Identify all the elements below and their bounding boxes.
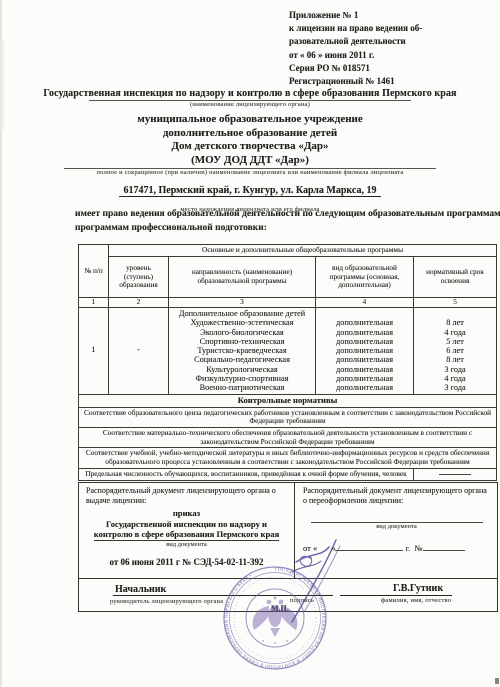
doc-kind-label: вид документа [303, 523, 490, 530]
column-number: 1 [79, 298, 109, 308]
license-appendix-document: Приложение № 1 к лицензии на право веден… [0, 0, 500, 687]
program-kind: дополнительная [319, 365, 410, 374]
normatives-title: Контрольные нормативы [79, 394, 497, 407]
licensing-authority-name: Государственная инспекция по надзору и к… [0, 88, 500, 99]
program-kind: дополнительная [319, 374, 410, 383]
signatory-post: Начальник [115, 584, 166, 595]
reissue-order-title: Распорядительный документ лицензирующего… [303, 486, 490, 506]
table-header-row: уровень (ступень) образования направленн… [79, 257, 497, 298]
document-header: Государственная инспекция по надзору и к… [0, 88, 500, 176]
org-name-label: полное и сокращенное (при наличии) наиме… [0, 169, 500, 176]
date-number-label: № [415, 543, 423, 553]
program-term: 4 года [417, 374, 493, 383]
rights-statement: имеет право ведения образовательной деят… [75, 208, 500, 235]
normatives-title-row: Контрольные нормативы [79, 394, 497, 407]
column-number: 2 [109, 298, 169, 308]
col-header-direction: направленность (наименование) образовате… [169, 257, 316, 298]
limit-value-cell [414, 468, 497, 480]
limit-blank-line [439, 474, 471, 475]
org-name-line: дополнительное образование детей [0, 127, 500, 141]
signatory-name: Г.В.Гутник [393, 583, 443, 594]
appendix-line: Регистрационный № 1461 [289, 75, 494, 88]
handwritten-signature-icon [240, 530, 370, 640]
program-direction: Социально-педагогическая [172, 355, 312, 364]
program-direction: Спортивно-техническая [172, 337, 312, 346]
normative-text: Соответствие образовательного ценза педа… [79, 407, 497, 427]
order-doc-org-line: Государственной инспекции по надзору и [86, 519, 287, 530]
kinds-cell: дополнительная дополнительная дополнител… [316, 308, 414, 395]
normative-text: Соответствие материально-технического об… [79, 428, 497, 448]
entry-level: - [109, 308, 169, 395]
program-term: 3 года [417, 383, 493, 392]
licensing-authority-label: (наименование лицензирующего органа) [0, 101, 500, 108]
terms-cell: 8 лет 4 года 5 лет 6 лет 8 лет 3 года 4 … [414, 308, 497, 395]
program-kind: дополнительная [319, 318, 410, 327]
program-term: 8 лет [417, 318, 493, 327]
programs-data-row: 1 - Дополнительное образование детей Худ… [79, 308, 497, 395]
program-group: Дополнительное образование детей [172, 309, 312, 318]
program-direction: Эколого-биологическая [172, 328, 312, 337]
table-span-row: № п/п Основные и дополнительные общеобра… [79, 245, 497, 257]
program-term: 5 лет [417, 337, 493, 346]
program-term: 6 лет [417, 346, 493, 355]
appendix-line: разовательной деятельности [289, 35, 494, 48]
date-year-label: г. [406, 543, 411, 553]
column-number: 4 [316, 298, 414, 308]
program-kind: дополнительная [319, 346, 410, 355]
normative-text: Предельная численность обучающихся, восп… [79, 468, 414, 480]
term-blank [417, 309, 493, 318]
appendix-line: к лицензии на право ведения об- [289, 22, 494, 35]
issue-order-title: Распорядительный документ лицензирующего… [86, 486, 287, 506]
scan-corner-mark [495, 678, 499, 684]
program-direction: Физкультурно-спортивная [172, 374, 312, 383]
program-term: 8 лет [417, 355, 493, 364]
org-name-line: (МОУ ДОД ДДТ «Дар») [0, 154, 500, 168]
program-term: 4 года [417, 328, 493, 337]
program-kind: дополнительная [319, 337, 410, 346]
program-direction: Туристско-краеведческая [172, 346, 312, 355]
col-header-no: № п/п [79, 245, 109, 298]
normative-row: Соответствие учебной, учебно-методическо… [79, 448, 497, 468]
table-span-title: Основные и дополнительные общеобразовате… [109, 245, 497, 257]
col-header-level: уровень (ступень) образования [109, 257, 169, 298]
licensee-address: 617471, Пермский край, г. Кунгур, ул. Ка… [119, 185, 380, 197]
col-header-kind: вид образовательной программы (основная,… [316, 257, 414, 298]
kind-blank [319, 309, 410, 318]
appendix-line: Серия РО № 018571 [289, 62, 494, 75]
normative-row: Соответствие материально-технического об… [79, 428, 497, 448]
column-number: 3 [169, 298, 316, 308]
org-name-line: Дом детского творчества «Дар» [0, 140, 500, 154]
normative-text: Соответствие учебной, учебно-методическо… [79, 448, 497, 468]
program-term: 3 года [417, 365, 493, 374]
program-kind: дополнительная [319, 328, 410, 337]
column-number: 5 [414, 298, 497, 308]
programs-table: № п/п Основные и дополнительные общеобра… [78, 244, 497, 481]
program-kind: дополнительная [319, 383, 410, 392]
normative-row: Предельная численность обучающихся, восп… [79, 468, 497, 480]
appendix-block: Приложение № 1 к лицензии на право веден… [289, 9, 494, 88]
org-name-line: муниципальное образовательное учреждение [0, 113, 500, 127]
appendix-line: от « 06 » июня 2011 г. [289, 49, 494, 62]
entry-number: 1 [79, 308, 109, 395]
col-header-term: нормативный срок освоения [414, 257, 497, 298]
date-number-blank [423, 542, 465, 551]
appendix-line: Приложение № 1 [289, 9, 494, 22]
directions-cell: Дополнительное образование детей Художес… [169, 308, 316, 395]
program-direction: Культурологическая [172, 365, 312, 374]
signatory-name-label: фамилия, имя, отчество [381, 597, 451, 604]
column-number-row: 1 2 3 4 5 [79, 298, 497, 308]
program-kind: дополнительная [319, 355, 410, 364]
program-direction: Художественно-эстетическая [172, 318, 312, 327]
program-direction: Военно-патриотическая [172, 383, 312, 392]
normative-row: Соответствие образовательного ценза педа… [79, 407, 497, 427]
order-doc-type: приказ [86, 508, 287, 519]
